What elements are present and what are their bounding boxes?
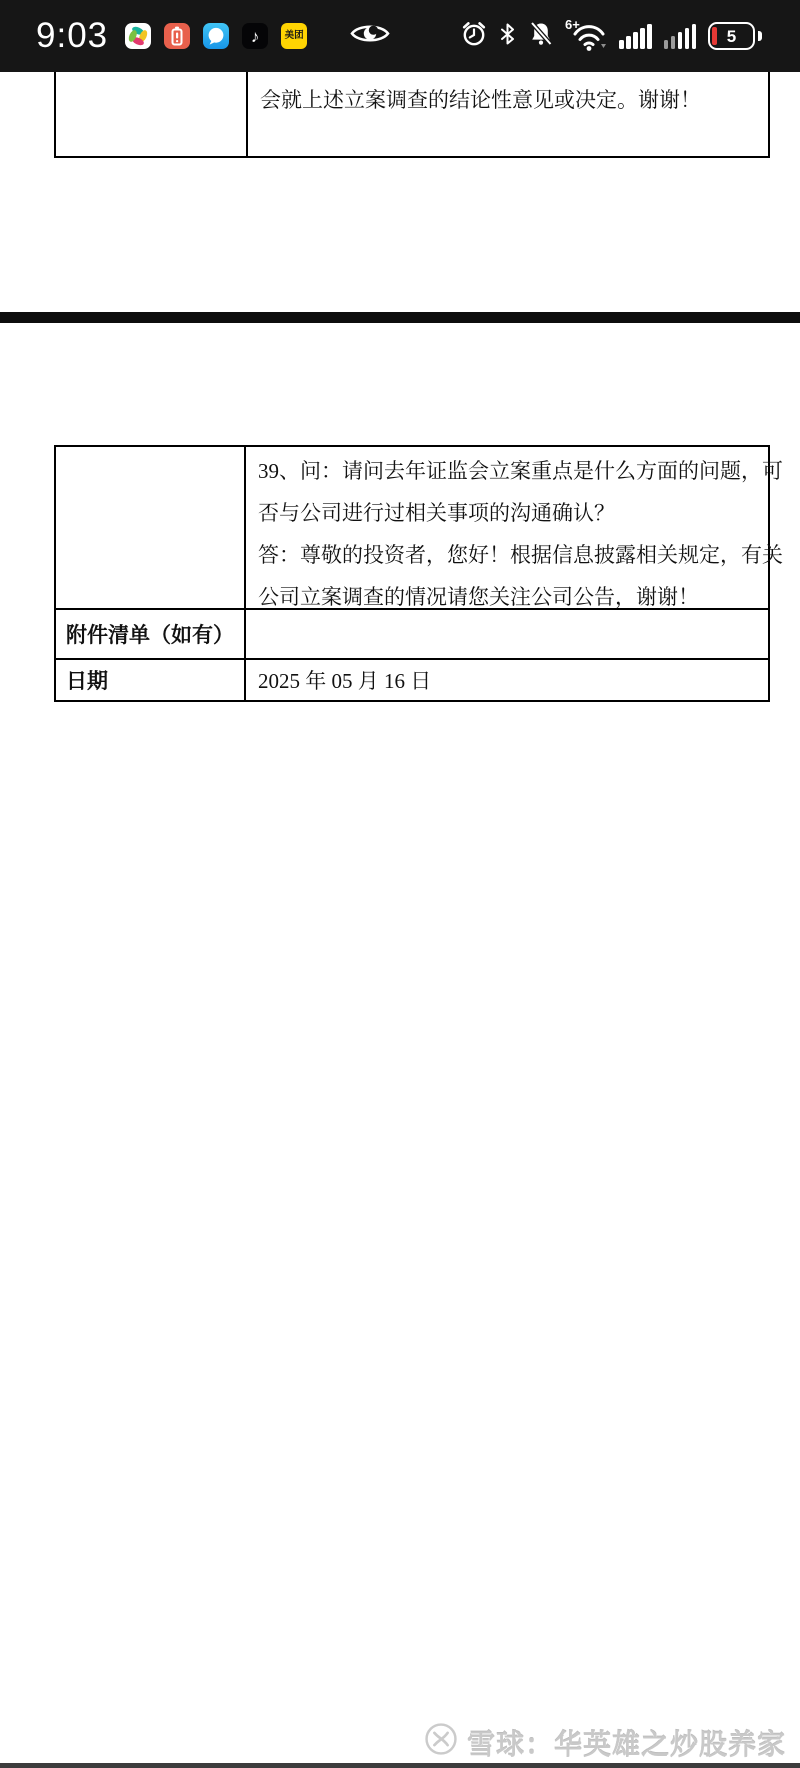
battery-indicator: 5	[708, 22, 762, 50]
signal-strength-sim1-icon	[619, 23, 652, 49]
qa-line-2: 否与公司进行过相关事项的沟通确认？	[258, 492, 783, 534]
signal-strength-sim2-icon	[664, 23, 697, 49]
bottom-edge-divider	[0, 1763, 800, 1768]
phone-screen: 9:03	[0, 0, 800, 1768]
watermark-text: 雪球：华英雄之炒股养家	[467, 1723, 786, 1763]
status-bar: 9:03	[0, 0, 800, 72]
qa-tail-text: 会就上述立案调查的结论性意见或决定。谢谢！	[260, 79, 756, 121]
question-content-cell: 39、问：请问去年证监会立案重点是什么方面的问题，可 否与公司进行过相关事项的沟…	[246, 447, 795, 608]
meituan-label: 美团	[285, 31, 304, 41]
eye-protection-icon	[350, 21, 390, 51]
status-bar-left: 9:03	[36, 16, 390, 56]
xueqiu-logo-icon	[424, 1722, 458, 1763]
tiktok-app-icon: ♪	[242, 23, 268, 49]
battery-percent-text: 5	[727, 28, 736, 45]
wifi-generation-badge: 6+	[565, 17, 580, 32]
table-row-question-39: 39、问：请问去年证监会立案重点是什么方面的问题，可 否与公司进行过相关事项的沟…	[56, 447, 768, 610]
table-row-date: 日期 2025 年 05 月 16 日	[56, 660, 768, 700]
document-scroll-area[interactable]: 会就上述立案调查的结论性意见或决定。谢谢！ 39、问：请问去年证监会立案重点是什…	[0, 72, 800, 1768]
clock-text: 9:03	[36, 16, 108, 56]
qa-table-fragment: 会就上述立案调查的结论性意见或决定。谢谢！	[54, 72, 770, 158]
bluetooth-icon	[500, 23, 515, 50]
meituan-app-icon: 美团	[281, 23, 307, 49]
qa-table-fragment-content-cell: 会就上述立案调查的结论性意见或决定。谢谢！	[248, 72, 768, 156]
mute-icon	[527, 21, 555, 52]
date-label: 日期	[56, 660, 246, 700]
page-break-divider	[0, 312, 800, 323]
qa-table-fragment-label-cell	[56, 72, 248, 156]
qa-table: 39、问：请问去年证监会立案重点是什么方面的问题，可 否与公司进行过相关事项的沟…	[54, 445, 770, 702]
xueqiu-watermark: 雪球：华英雄之炒股养家	[424, 1722, 786, 1763]
table-row-attachment: 附件清单（如有）	[56, 610, 768, 660]
question-label-cell	[56, 447, 246, 608]
qa-line-3: 答：尊敬的投资者，您好！根据信息披露相关规定，有关	[258, 534, 783, 576]
attachment-label: 附件清单（如有）	[56, 610, 246, 658]
attachment-value-cell	[246, 610, 768, 658]
messages-app-icon	[203, 23, 229, 49]
alarm-icon	[460, 20, 488, 53]
date-value: 2025 年 05 月 16 日	[246, 660, 768, 700]
app-market-icon	[125, 23, 151, 49]
qa-line-1: 39、问：请问去年证监会立案重点是什么方面的问题，可	[258, 450, 783, 492]
wifi-icon: 6+	[567, 20, 607, 52]
battery-nub	[758, 31, 762, 41]
status-bar-right: 6+ 5	[460, 20, 762, 53]
battery-alert-app-icon	[164, 23, 190, 49]
battery-fill-low	[712, 27, 717, 45]
